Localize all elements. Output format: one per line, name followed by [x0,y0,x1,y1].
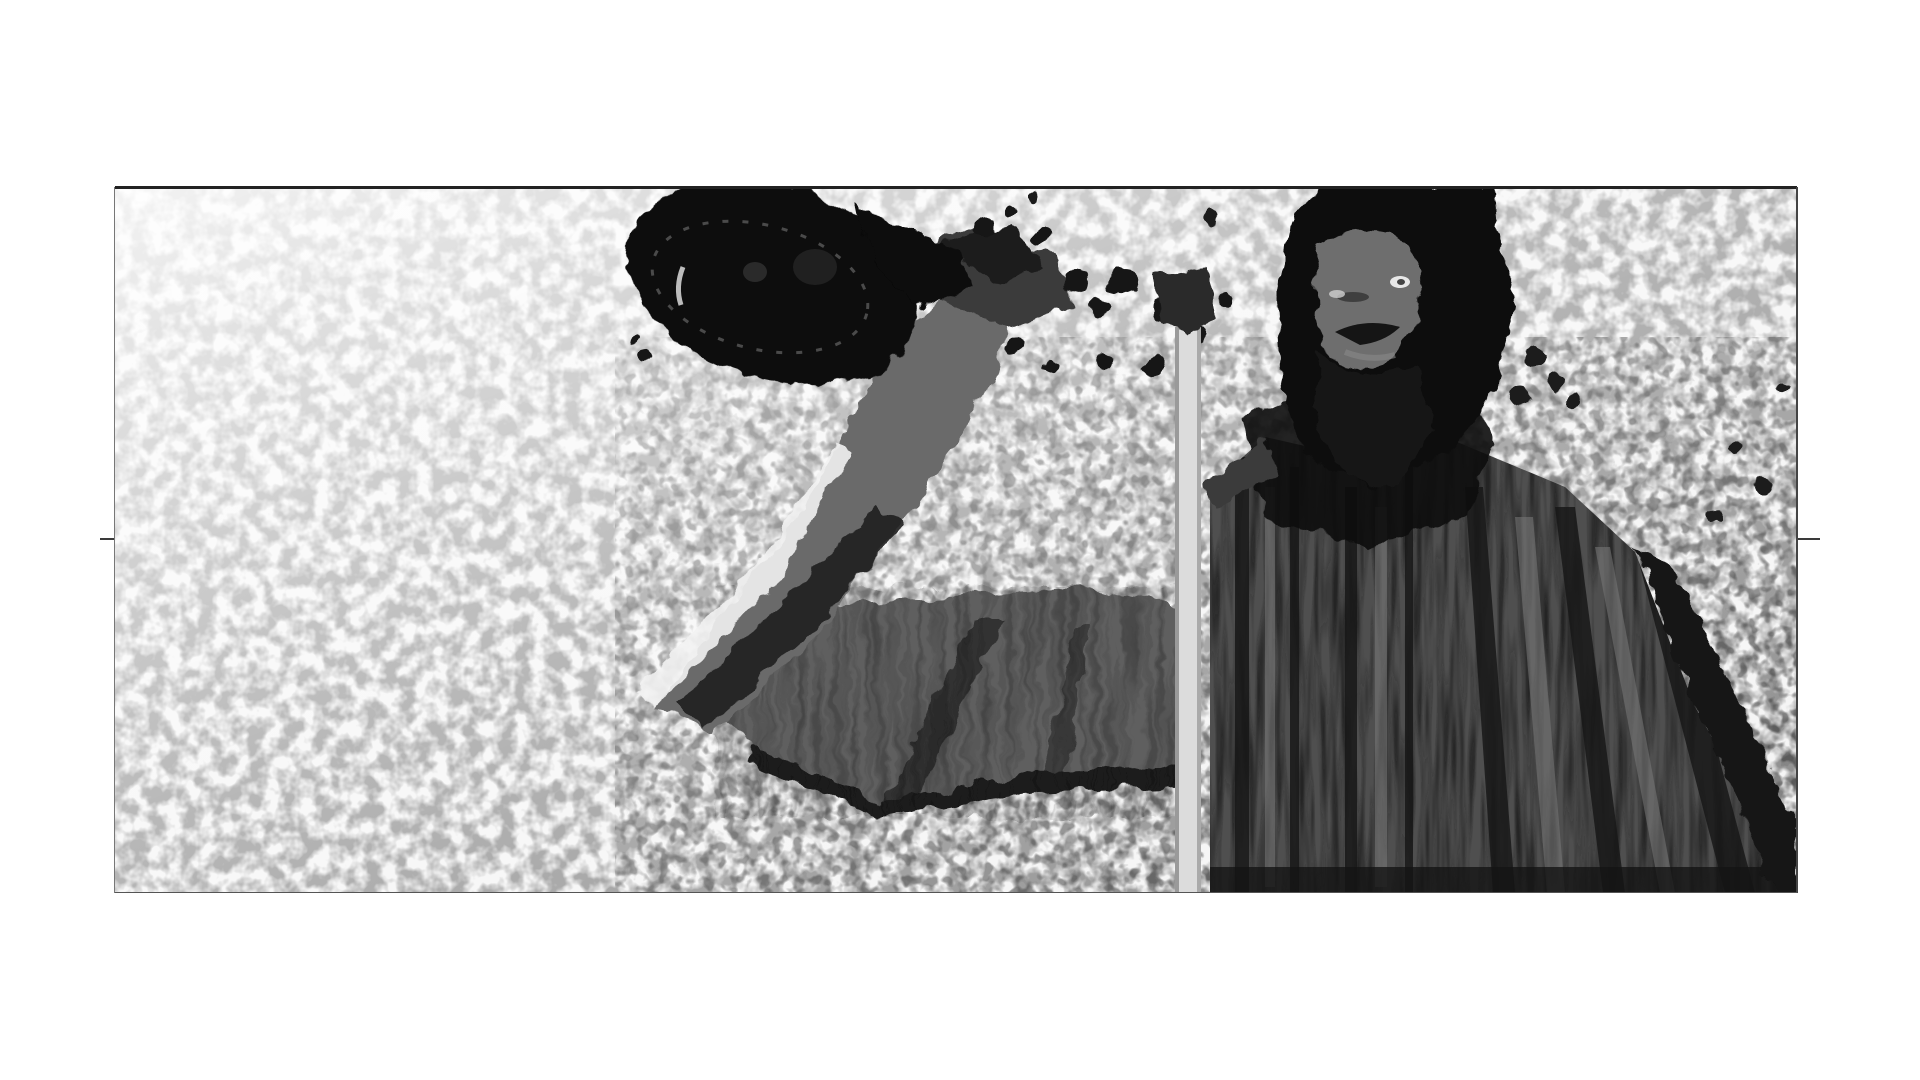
artwork-frame [115,187,1797,893]
artwork-illustration [115,187,1797,893]
frame-top-border [115,186,1797,189]
right-registration-tick [1797,538,1820,540]
frame-right-border [1796,187,1798,893]
left-registration-tick [100,538,115,540]
page-canvas [0,0,1920,1080]
frame-left-border [114,187,115,893]
frame-bottom-border [115,892,1797,893]
